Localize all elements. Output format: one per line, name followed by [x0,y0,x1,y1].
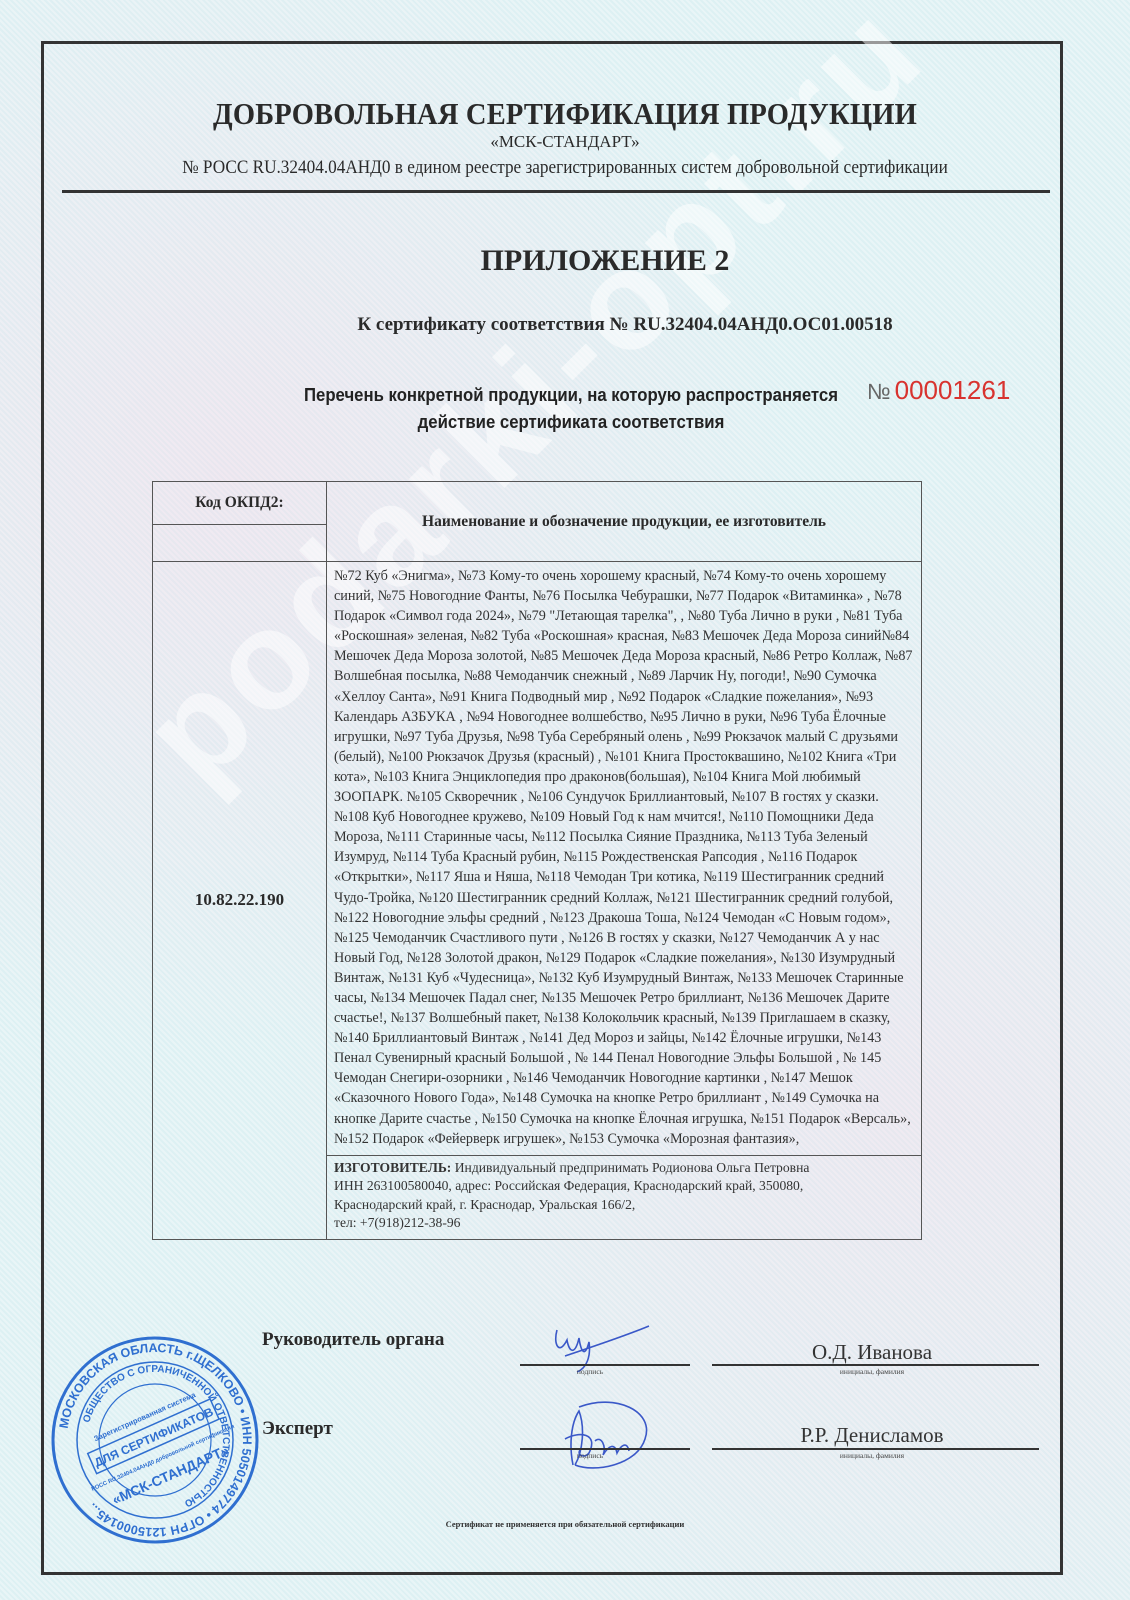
manufacturer-address-1: ИНН 263100580040, адрес: Российская Феде… [334,1177,915,1196]
header-spacer-cell [153,525,327,562]
serial-number: №00001261 [867,375,1010,406]
head-name-line [712,1364,1039,1366]
head-signature-caption: подпись [560,1367,620,1376]
expert-signature-caption: подпись [560,1451,620,1460]
head-name-caption: инициалы, фамилия [712,1367,1032,1376]
organization-stamp-icon: МОСКОВСКАЯ ОБЛАСТЬ г.ЩЕЛКОВО • ИНН 50501… [48,1333,262,1547]
header-product-name: Наименование и обозначение продукции, ее… [327,482,922,562]
registry-line: № РОСС RU.32404.04АНД0 в едином реестре … [40,158,1091,179]
head-name: О.Д. Иванова [712,1340,1032,1365]
expert-name-caption: инициалы, фамилия [712,1451,1032,1460]
product-list-title-line2: действие сертификата соответствия [46,409,1097,436]
header-okpd2-code: Код ОКПД2: [153,482,327,525]
manufacturer-info: ИЗГОТОВИТЕЛЬ: Индивидуальный предпринима… [327,1155,922,1239]
manufacturer-address-2: Краснодарский край, г. Краснодар, Уральс… [334,1196,915,1215]
manufacturer-label: ИЗГОТОВИТЕЛЬ: [334,1160,451,1175]
head-signature-line [520,1364,690,1366]
serial-value: 00001261 [895,375,1011,405]
serial-prefix: № [867,379,891,404]
expert-label: Эксперт [262,1418,333,1440]
certification-system-name: «МСК-СТАНДАРТ» [0,132,1130,152]
expert-name: Р.Р. Денисламов [712,1423,1032,1448]
product-items-list: №72 Куб «Энигма», №73 Кому-то очень хоро… [327,562,922,1156]
okpd2-code: 10.82.22.190 [153,562,327,1240]
header-divider [62,190,1050,193]
expert-signature-icon [545,1395,665,1475]
manufacturer-name: Индивидуальный предпринимать Родионова О… [451,1160,809,1175]
footer-note: Сертификат не применяется при обязательн… [0,1519,1130,1529]
document-title: ДОБРОВОЛЬНАЯ СЕРТИФИКАЦИЯ ПРОДУКЦИИ [45,96,1085,132]
appendix-title: ПРИЛОЖЕНИЕ 2 [40,244,1130,278]
expert-name-line [712,1448,1039,1450]
manufacturer-phone: тел: +7(918)212-38-96 [334,1214,915,1233]
product-table: Код ОКПД2: Наименование и обозначение пр… [152,481,922,1240]
certificate-reference: К сертификату соответствия № RU.32404.04… [60,314,1130,336]
head-of-body-label: Руководитель органа [262,1329,444,1351]
expert-signature-line [520,1448,690,1450]
